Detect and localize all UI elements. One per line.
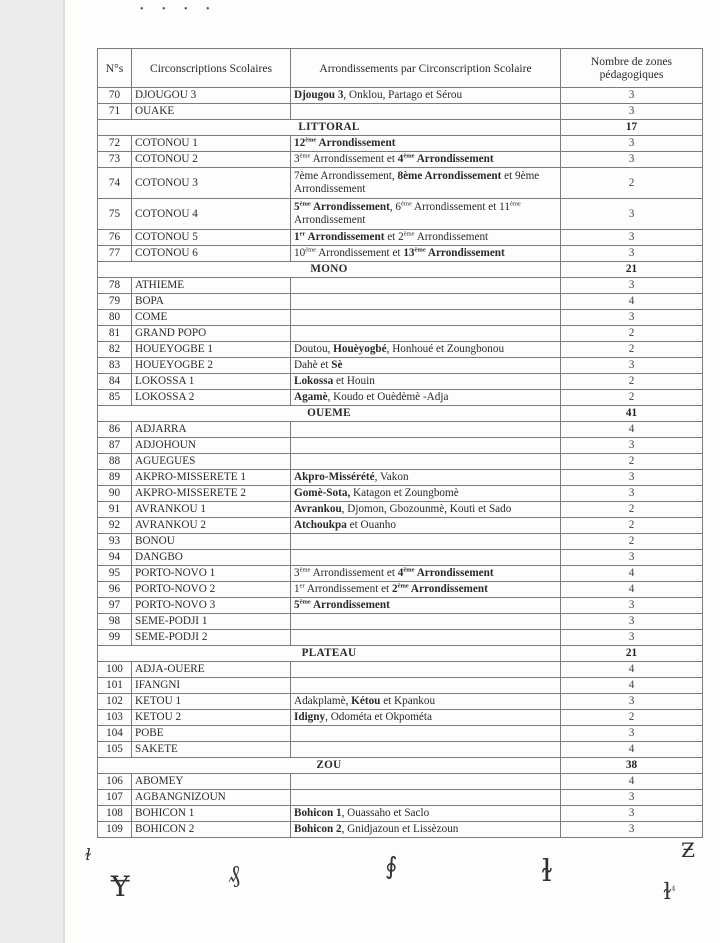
zones-count: 3: [561, 550, 703, 566]
circonscription-name: COTONOU 3: [132, 168, 291, 199]
row-number: 74: [98, 168, 132, 199]
arrondissements-cell: Idigny, Odométa et Okpométa: [291, 710, 561, 726]
table-row: 94DANGBO3: [98, 550, 703, 566]
circonscription-name: BOPA: [132, 294, 291, 310]
row-number: 87: [98, 438, 132, 454]
zones-count: 3: [561, 88, 703, 104]
table-row: 71OUAKE3: [98, 104, 703, 120]
zones-count: 2: [561, 390, 703, 406]
circonscription-name: AGBANGNIZOUN: [132, 790, 291, 806]
arrondissements-cell: 1er Arrondissement et 2ème Arrondissemen…: [291, 582, 561, 598]
arrondissements-cell: Lokossa et Houin: [291, 374, 561, 390]
department-row: MONO21: [98, 262, 703, 278]
department-zones-total: 21: [561, 262, 703, 278]
row-number: 102: [98, 694, 132, 710]
department-name: ZOU: [98, 758, 561, 774]
table-row: 91AVRANKOU 1Avrankou, Djomon, Gbozounmè,…: [98, 502, 703, 518]
circonscription-name: ADJOHOUN: [132, 438, 291, 454]
circonscription-name: AGUEGUES: [132, 454, 291, 470]
circonscription-name: BONOU: [132, 534, 291, 550]
department-name: LITTORAL: [98, 120, 561, 136]
table-row: 87ADJOHOUN3: [98, 438, 703, 454]
circonscription-name: COTONOU 1: [132, 136, 291, 152]
row-number: 86: [98, 422, 132, 438]
circonscription-name: ADJA-OUERE: [132, 662, 291, 678]
row-number: 89: [98, 470, 132, 486]
arrondissements-cell: Avrankou, Djomon, Gbozounmè, Kouti et Sa…: [291, 502, 561, 518]
table-row: 89AKPRO-MISSERETE 1Akpro-Missérété, Vako…: [98, 470, 703, 486]
circonscription-name: BOHICON 2: [132, 822, 291, 838]
circonscription-name: SAKETE: [132, 742, 291, 758]
row-number: 105: [98, 742, 132, 758]
table-body: 70DJOUGOU 3Djougou 3, Onklou, Partago et…: [98, 88, 703, 838]
circonscription-name: BOHICON 1: [132, 806, 291, 822]
row-number: 85: [98, 390, 132, 406]
circonscription-name: LOKOSSA 2: [132, 390, 291, 406]
arrondissements-cell: 1er Arrondissement et 2ème Arrondissemen…: [291, 230, 561, 246]
zones-count: 3: [561, 486, 703, 502]
header-arrondissements: Arrondissements par Circonscription Scol…: [291, 49, 561, 88]
table-row: 100ADJA-OUERE4: [98, 662, 703, 678]
table-row: 72COTONOU 112ème Arrondissement3: [98, 136, 703, 152]
circonscription-name: IFANGNI: [132, 678, 291, 694]
table-row: 99SEME-PODJI 23: [98, 630, 703, 646]
circonscription-name: COME: [132, 310, 291, 326]
zones-count: 3: [561, 630, 703, 646]
table-row: 102KETOU 1Adakplamè, Kétou et Kpankou3: [98, 694, 703, 710]
department-name: OUEME: [98, 406, 561, 422]
table-row: 80COME3: [98, 310, 703, 326]
table-row: 96PORTO-NOVO 21er Arrondissement et 2ème…: [98, 582, 703, 598]
department-row: ZOU38: [98, 758, 703, 774]
row-number: 95: [98, 566, 132, 582]
table-row: 88AGUEGUES2: [98, 454, 703, 470]
row-number: 98: [98, 614, 132, 630]
scan-specks: • • • •: [140, 4, 218, 15]
arrondissements-cell: [291, 774, 561, 790]
row-number: 93: [98, 534, 132, 550]
table-row: 82HOUEYOGBE 1Doutou, Houèyogbé, Honhoué …: [98, 342, 703, 358]
department-zones-total: 38: [561, 758, 703, 774]
department-row: OUEME41: [98, 406, 703, 422]
arrondissements-cell: [291, 614, 561, 630]
zones-count: 2: [561, 326, 703, 342]
table-row: 109BOHICON 2Bohicon 2, Gnidjazoun et Lis…: [98, 822, 703, 838]
table-row: 95PORTO-NOVO 13ème Arrondissement et 4èm…: [98, 566, 703, 582]
table-row: 108BOHICON 1Bohicon 1, Ouassaho et Saclo…: [98, 806, 703, 822]
row-number: 72: [98, 136, 132, 152]
circonscription-name: SEME-PODJI 2: [132, 630, 291, 646]
table-row: 107AGBANGNIZOUN3: [98, 790, 703, 806]
signature-initial: ɫ: [541, 854, 552, 889]
arrondissements-cell: 3ème Arrondissement et 4ème Arrondisseme…: [291, 566, 561, 582]
row-number: 101: [98, 678, 132, 694]
department-zones-total: 21: [561, 646, 703, 662]
signature-initial: Ɏ: [111, 870, 129, 903]
circonscription-name: AVRANKOU 2: [132, 518, 291, 534]
table-row: 104POBE3: [98, 726, 703, 742]
arrondissements-cell: 3ème Arrondissement et 4ème Arrondisseme…: [291, 152, 561, 168]
row-number: 79: [98, 294, 132, 310]
table-row: 73COTONOU 23ème Arrondissement et 4ème A…: [98, 152, 703, 168]
header-circonscriptions: Circonscriptions Scolaires: [132, 49, 291, 88]
row-number: 91: [98, 502, 132, 518]
page-mark: ɫ4: [663, 880, 676, 905]
row-number: 88: [98, 454, 132, 470]
table-header-row: N°s Circonscriptions Scolaires Arrondiss…: [98, 49, 703, 88]
row-number: 75: [98, 199, 132, 230]
table-row: 97PORTO-NOVO 35ème Arrondissement3: [98, 598, 703, 614]
zones-count: 3: [561, 470, 703, 486]
department-name: PLATEAU: [98, 646, 561, 662]
zones-count: 2: [561, 710, 703, 726]
arrondissements-cell: [291, 534, 561, 550]
arrondissements-cell: [291, 294, 561, 310]
zones-count: 3: [561, 438, 703, 454]
circonscription-name: DANGBO: [132, 550, 291, 566]
table-row: 103KETOU 2Idigny, Odométa et Okpométa2: [98, 710, 703, 726]
arrondissements-cell: [291, 550, 561, 566]
row-number: 71: [98, 104, 132, 120]
row-number: 103: [98, 710, 132, 726]
arrondissements-cell: 10ème Arrondissement et 13ème Arrondisse…: [291, 246, 561, 262]
signature-initial: Ƶ: [681, 838, 695, 862]
zones-count: 4: [561, 422, 703, 438]
header-number: N°s: [98, 49, 132, 88]
arrondissements-cell: Agamè, Koudo et Ouèdèmè -Adja: [291, 390, 561, 406]
row-number: 109: [98, 822, 132, 838]
table-row: 85LOKOSSA 2Agamè, Koudo et Ouèdèmè -Adja…: [98, 390, 703, 406]
table-row: 92AVRANKOU 2Atchoukpa et Ouanho2: [98, 518, 703, 534]
zones-count: 4: [561, 566, 703, 582]
row-number: 99: [98, 630, 132, 646]
table-row: 76COTONOU 51er Arrondissement et 2ème Ar…: [98, 230, 703, 246]
arrondissements-cell: Dahè et Sè: [291, 358, 561, 374]
arrondissements-cell: Doutou, Houèyogbé, Honhoué et Zoungbonou: [291, 342, 561, 358]
zones-count: 4: [561, 742, 703, 758]
arrondissements-cell: [291, 662, 561, 678]
signatures-area: ɫ Ɏ ₰ ∮ ɫ Ƶ ɫ4: [63, 850, 720, 943]
department-row: PLATEAU21: [98, 646, 703, 662]
zones-count: 2: [561, 168, 703, 199]
table-row: 86ADJARRA4: [98, 422, 703, 438]
arrondissements-cell: [291, 104, 561, 120]
circonscription-name: AVRANKOU 1: [132, 502, 291, 518]
arrondissements-cell: 5ème Arrondissement: [291, 598, 561, 614]
school-districts-table: N°s Circonscriptions Scolaires Arrondiss…: [97, 48, 703, 838]
circonscription-name: COTONOU 6: [132, 246, 291, 262]
circonscription-name: COTONOU 5: [132, 230, 291, 246]
row-number: 106: [98, 774, 132, 790]
zones-count: 4: [561, 774, 703, 790]
row-number: 104: [98, 726, 132, 742]
zones-count: 4: [561, 662, 703, 678]
circonscription-name: COTONOU 4: [132, 199, 291, 230]
zones-count: 3: [561, 806, 703, 822]
row-number: 80: [98, 310, 132, 326]
table-row: 70DJOUGOU 3Djougou 3, Onklou, Partago et…: [98, 88, 703, 104]
row-number: 83: [98, 358, 132, 374]
zones-count: 2: [561, 454, 703, 470]
row-number: 100: [98, 662, 132, 678]
zones-count: 4: [561, 294, 703, 310]
table-row: 90AKPRO-MISSERETE 2Gomè-Sota, Katagon et…: [98, 486, 703, 502]
circonscription-name: KETOU 1: [132, 694, 291, 710]
zones-count: 3: [561, 246, 703, 262]
department-row: LITTORAL17: [98, 120, 703, 136]
table-row: 74COTONOU 37ème Arrondissement, 8ème Arr…: [98, 168, 703, 199]
table-row: 77COTONOU 610ème Arrondissement et 13ème…: [98, 246, 703, 262]
zones-count: 3: [561, 614, 703, 630]
row-number: 78: [98, 278, 132, 294]
zones-count: 2: [561, 502, 703, 518]
signature-initial: ɫ: [85, 845, 91, 864]
arrondissements-cell: Akpro-Missérété, Vakon: [291, 470, 561, 486]
arrondissements-cell: [291, 310, 561, 326]
zones-count: 3: [561, 230, 703, 246]
zones-count: 3: [561, 822, 703, 838]
table-row: 83HOUEYOGBE 2Dahè et Sè3: [98, 358, 703, 374]
department-zones-total: 41: [561, 406, 703, 422]
arrondissements-cell: [291, 438, 561, 454]
circonscription-name: AKPRO-MISSERETE 1: [132, 470, 291, 486]
arrondissements-cell: Adakplamè, Kétou et Kpankou: [291, 694, 561, 710]
circonscription-name: PORTO-NOVO 2: [132, 582, 291, 598]
arrondissements-cell: 5ème Arrondissement, 6ème Arrondissement…: [291, 199, 561, 230]
circonscription-name: COTONOU 2: [132, 152, 291, 168]
table-row: 75COTONOU 45ème Arrondissement, 6ème Arr…: [98, 199, 703, 230]
circonscription-name: LOKOSSA 1: [132, 374, 291, 390]
arrondissements-cell: [291, 454, 561, 470]
table-row: 105SAKETE4: [98, 742, 703, 758]
row-number: 82: [98, 342, 132, 358]
table-row: 93BONOU2: [98, 534, 703, 550]
arrondissements-cell: [291, 742, 561, 758]
zones-count: 3: [561, 790, 703, 806]
arrondissements-cell: [291, 630, 561, 646]
table-row: 101IFANGNI4: [98, 678, 703, 694]
row-number: 90: [98, 486, 132, 502]
row-number: 73: [98, 152, 132, 168]
circonscription-name: HOUEYOGBE 2: [132, 358, 291, 374]
row-number: 94: [98, 550, 132, 566]
zones-count: 3: [561, 199, 703, 230]
zones-count: 3: [561, 358, 703, 374]
table-row: 84LOKOSSA 1Lokossa et Houin2: [98, 374, 703, 390]
circonscription-name: ATHIEME: [132, 278, 291, 294]
circonscription-name: OUAKE: [132, 104, 291, 120]
arrondissements-cell: [291, 678, 561, 694]
circonscription-name: SEME-PODJI 1: [132, 614, 291, 630]
row-number: 92: [98, 518, 132, 534]
circonscription-name: HOUEYOGBE 1: [132, 342, 291, 358]
circonscription-name: ADJARRA: [132, 422, 291, 438]
circonscription-name: PORTO-NOVO 1: [132, 566, 291, 582]
row-number: 96: [98, 582, 132, 598]
arrondissements-cell: Djougou 3, Onklou, Partago et Sérou: [291, 88, 561, 104]
row-number: 84: [98, 374, 132, 390]
arrondissements-cell: Bohicon 2, Gnidjazoun et Lissèzoun: [291, 822, 561, 838]
arrondissements-cell: 7ème Arrondissement, 8ème Arrondissement…: [291, 168, 561, 199]
department-zones-total: 17: [561, 120, 703, 136]
zones-count: 3: [561, 136, 703, 152]
signature-initial: ∮: [385, 852, 398, 880]
table-row: 79BOPA4: [98, 294, 703, 310]
zones-count: 2: [561, 342, 703, 358]
zones-count: 3: [561, 694, 703, 710]
row-number: 76: [98, 230, 132, 246]
arrondissements-cell: [291, 326, 561, 342]
arrondissements-cell: [291, 278, 561, 294]
circonscription-name: PORTO-NOVO 3: [132, 598, 291, 614]
zones-count: 4: [561, 678, 703, 694]
circonscription-name: ABOMEY: [132, 774, 291, 790]
table-row: 81GRAND POPO2: [98, 326, 703, 342]
arrondissements-cell: [291, 422, 561, 438]
circonscription-name: GRAND POPO: [132, 326, 291, 342]
zones-count: 2: [561, 374, 703, 390]
department-name: MONO: [98, 262, 561, 278]
zones-count: 3: [561, 598, 703, 614]
zones-count: 3: [561, 310, 703, 326]
zones-count: 2: [561, 534, 703, 550]
arrondissements-cell: 12ème Arrondissement: [291, 136, 561, 152]
circonscription-name: KETOU 2: [132, 710, 291, 726]
zones-count: 3: [561, 278, 703, 294]
row-number: 97: [98, 598, 132, 614]
row-number: 107: [98, 790, 132, 806]
circonscription-name: POBE: [132, 726, 291, 742]
row-number: 81: [98, 326, 132, 342]
zones-count: 4: [561, 582, 703, 598]
row-number: 108: [98, 806, 132, 822]
circonscription-name: DJOUGOU 3: [132, 88, 291, 104]
zones-count: 3: [561, 104, 703, 120]
zones-count: 3: [561, 726, 703, 742]
table-row: 98SEME-PODJI 13: [98, 614, 703, 630]
signature-initial: ₰: [228, 860, 240, 889]
zones-count: 2: [561, 518, 703, 534]
header-zones-count: Nombre de zones pédagogiques: [561, 49, 703, 88]
arrondissements-cell: Gomè-Sota, Katagon et Zoungbomè: [291, 486, 561, 502]
arrondissements-cell: Atchoukpa et Ouanho: [291, 518, 561, 534]
arrondissements-cell: Bohicon 1, Ouassaho et Saclo: [291, 806, 561, 822]
circonscription-name: AKPRO-MISSERETE 2: [132, 486, 291, 502]
table-row: 106ABOMEY4: [98, 774, 703, 790]
table-row: 78ATHIEME3: [98, 278, 703, 294]
zones-count: 3: [561, 152, 703, 168]
row-number: 77: [98, 246, 132, 262]
row-number: 70: [98, 88, 132, 104]
arrondissements-cell: [291, 790, 561, 806]
arrondissements-cell: [291, 726, 561, 742]
